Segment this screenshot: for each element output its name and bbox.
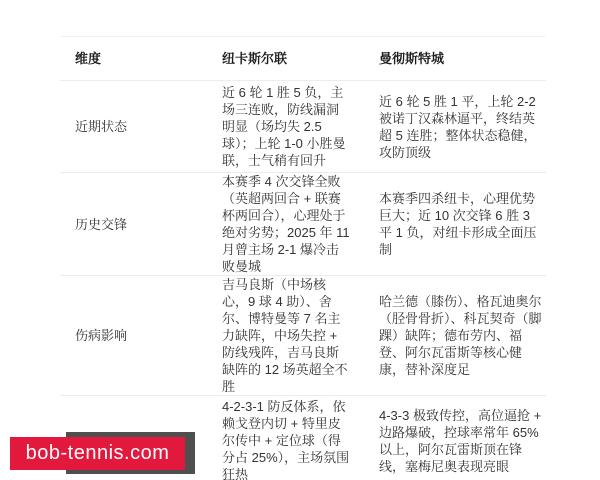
cell-recent-form-mancity: 近 6 轮 5 胜 1 平，上轮 2-2 被诺丁汉森林逼平，终结英超 5 连胜；… <box>366 81 546 173</box>
row-label-injuries: 伤病影响 <box>60 276 210 396</box>
cell-tactics-newcastle: 4-2-3-1 防反体系，依赖戈登内切 + 特里皮尔传中 + 定位球（得分占 2… <box>210 396 366 480</box>
header-dimension: 维度 <box>60 37 210 81</box>
header-team-newcastle: 纽卡斯尔联 <box>210 37 366 81</box>
table-header-row: 维度 纽卡斯尔联 曼彻斯特城 <box>60 37 546 81</box>
header-team-mancity: 曼彻斯特城 <box>366 37 546 81</box>
watermark-text: bob-tennis.com <box>26 442 170 465</box>
cell-recent-form-newcastle: 近 6 轮 1 胜 5 负，主场三连败，防线漏洞明显（场均失 2.5 球）；上轮… <box>210 81 366 173</box>
watermark-badge: bob-tennis.com <box>10 437 185 470</box>
table-row: 近期状态 近 6 轮 1 胜 5 负，主场三连败，防线漏洞明显（场均失 2.5 … <box>60 81 546 173</box>
cell-injuries-mancity: 哈兰德（膝伤）、格瓦迪奥尔（胫骨骨折）、科瓦契奇（脚踝）缺阵；德布劳内、福登、阿… <box>366 276 546 396</box>
table-row: 历史交锋 本赛季 4 次交锋全败（英超两回合 + 联赛杯两回合），心理处于绝对劣… <box>60 173 546 276</box>
row-label-recent-form: 近期状态 <box>60 81 210 173</box>
table-row: 伤病影响 吉马良斯（中场核心，9 球 4 助）、舍尔、博特曼等 7 名主力缺阵，… <box>60 276 546 396</box>
row-label-head-to-head: 历史交锋 <box>60 173 210 276</box>
cell-head-to-head-mancity: 本赛季四杀纽卡，心理优势巨大；近 10 次交锋 6 胜 3 平 1 负，对纽卡形… <box>366 173 546 276</box>
cell-tactics-mancity: 4-3-3 极致传控，高位逼抢 + 边路爆破，控球率常年 65% 以上，阿尔瓦雷… <box>366 396 546 480</box>
cell-injuries-newcastle: 吉马良斯（中场核心，9 球 4 助）、舍尔、博特曼等 7 名主力缺阵，中场失控 … <box>210 276 366 396</box>
cell-head-to-head-newcastle: 本赛季 4 次交锋全败（英超两回合 + 联赛杯两回合），心理处于绝对劣势；202… <box>210 173 366 276</box>
team-comparison-table: 维度 纽卡斯尔联 曼彻斯特城 近期状态 近 6 轮 1 胜 5 负，主场三连败，… <box>60 36 546 480</box>
